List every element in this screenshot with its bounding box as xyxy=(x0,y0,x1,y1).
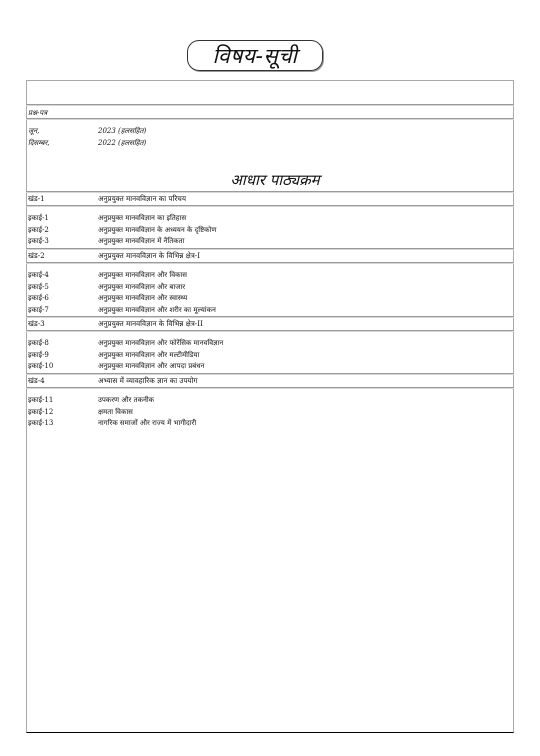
unit-title: अनुप्रयुक्त मानवविज्ञान और आपदा प्रबंधन xyxy=(98,360,204,372)
paper-month: जून, xyxy=(28,125,98,137)
unit-code: इकाई-7 xyxy=(28,304,98,316)
unit-code: इकाई-4 xyxy=(28,269,98,281)
unit-code: इकाई-12 xyxy=(28,406,98,418)
block-code: खंड-1 xyxy=(28,193,98,205)
divider xyxy=(26,104,514,106)
unit-title: क्षमता विकास xyxy=(98,406,133,418)
block-title: अनुप्रयुक्त मानवविज्ञान के विभिन्न क्षेत… xyxy=(98,250,200,262)
table-of-contents-page: विषय-सूची प्रश्न-पत्र जून, 2023 (हलसहित)… xyxy=(0,0,540,756)
divider xyxy=(26,262,514,264)
paper-year: 2022 (हलसहित) xyxy=(98,137,146,149)
page-title: विषय-सूची xyxy=(187,40,323,71)
unit-code: इकाई-9 xyxy=(28,349,98,361)
syllabus-heading: आधार पाठ्यक्रम xyxy=(0,170,540,190)
divider xyxy=(26,330,514,332)
unit-code: इकाई-2 xyxy=(28,224,98,236)
block-title: अभ्यास में व्यावहारिक ज्ञान का उपयोग xyxy=(98,375,198,387)
unit-code: इकाई-3 xyxy=(28,235,98,247)
unit-code: इकाई-8 xyxy=(28,337,98,349)
block-title: अनुप्रयुक्त मानवविज्ञान का परिचय xyxy=(98,193,186,205)
unit-code: इकाई-11 xyxy=(28,394,98,406)
unit-title: अनुप्रयुक्त मानवविज्ञान और मल्टीमीडिया xyxy=(98,349,199,361)
unit-title: अनुप्रयुक्त मानवविज्ञान के अध्ययन के दृष… xyxy=(98,224,216,236)
unit-code: इकाई-6 xyxy=(28,292,98,304)
block-title: अनुप्रयुक्त मानवविज्ञान के विभिन्न क्षेत… xyxy=(98,318,203,330)
unit-title: नागरिक समाजों और राज्य में भागीदारी xyxy=(98,417,196,429)
block-code: खंड-2 xyxy=(28,250,98,262)
unit-title: अनुप्रयुक्त मानवविज्ञान का इतिहास xyxy=(98,212,186,224)
unit-title: अनुप्रयुक्त मानवविज्ञान और स्वास्थ्य xyxy=(98,292,187,304)
unit-title: अनुप्रयुक्त मानवविज्ञान और फोरेंसिक मानव… xyxy=(98,337,223,349)
divider xyxy=(26,205,514,207)
unit-title: अनुप्रयुक्त मानवविज्ञान और विकास xyxy=(98,269,187,281)
unit-code: इकाई-1 xyxy=(28,212,98,224)
unit-code: इकाई-5 xyxy=(28,281,98,293)
unit-code: इकाई-13 xyxy=(28,417,98,429)
unit-code: इकाई-10 xyxy=(28,360,98,372)
unit-title: अनुप्रयुक्त मानवविज्ञान में नैतिकता xyxy=(98,235,184,247)
block-code: खंड-4 xyxy=(28,375,98,387)
unit-title: उपकरण और तकनीक xyxy=(98,394,154,406)
divider xyxy=(26,118,514,120)
paper-month: दिसम्बर, xyxy=(28,137,98,149)
paper-year: 2023 (हलसहित) xyxy=(98,125,146,137)
unit-title: अनुप्रयुक्त मानवविज्ञान और शरीर का मूल्य… xyxy=(98,304,216,316)
block-code: खंड-3 xyxy=(28,318,98,330)
unit-title: अनुप्रयुक्त मानवविज्ञान और बाजार xyxy=(98,281,185,293)
divider xyxy=(26,387,514,389)
